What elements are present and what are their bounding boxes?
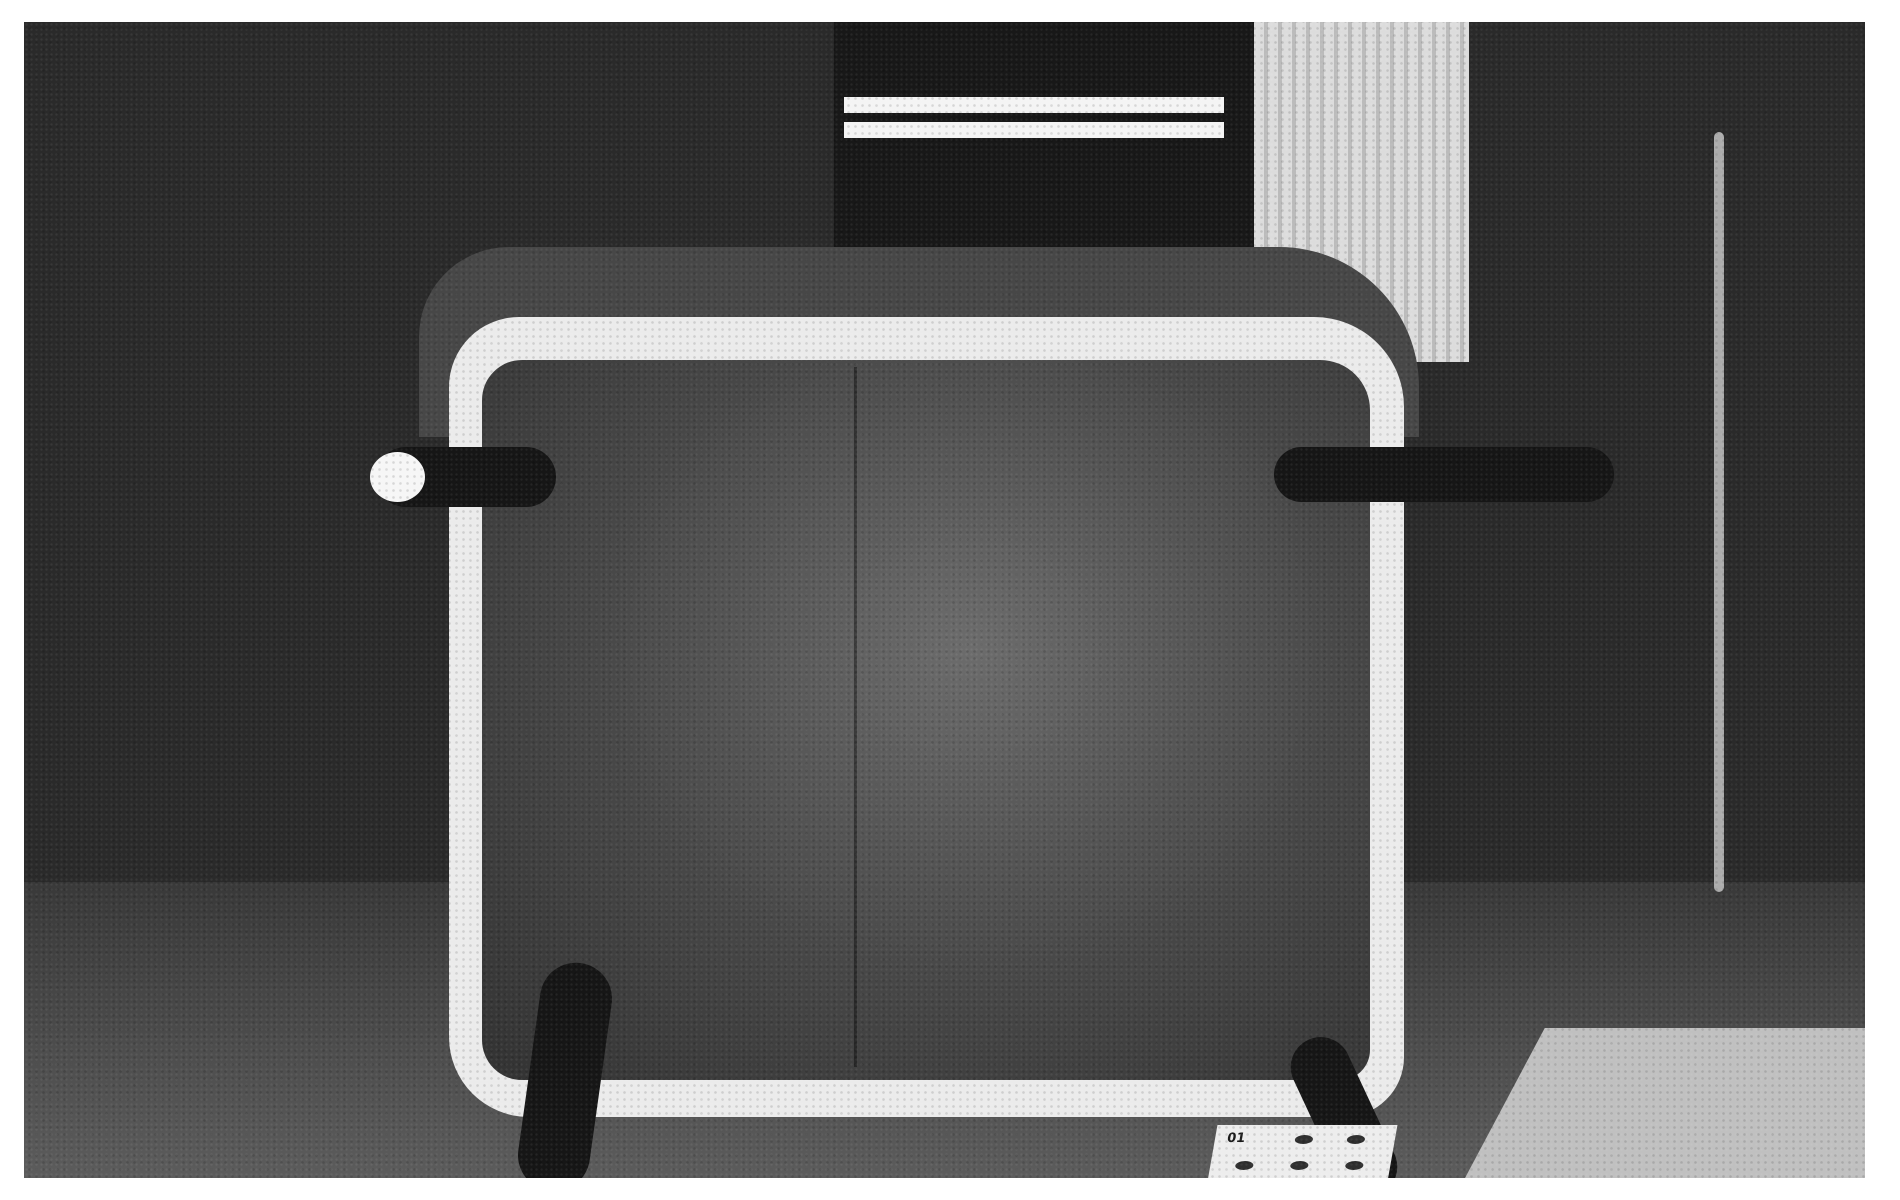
photograph: 01 [24, 22, 1865, 1178]
film-grain-overlay [24, 22, 1865, 1178]
